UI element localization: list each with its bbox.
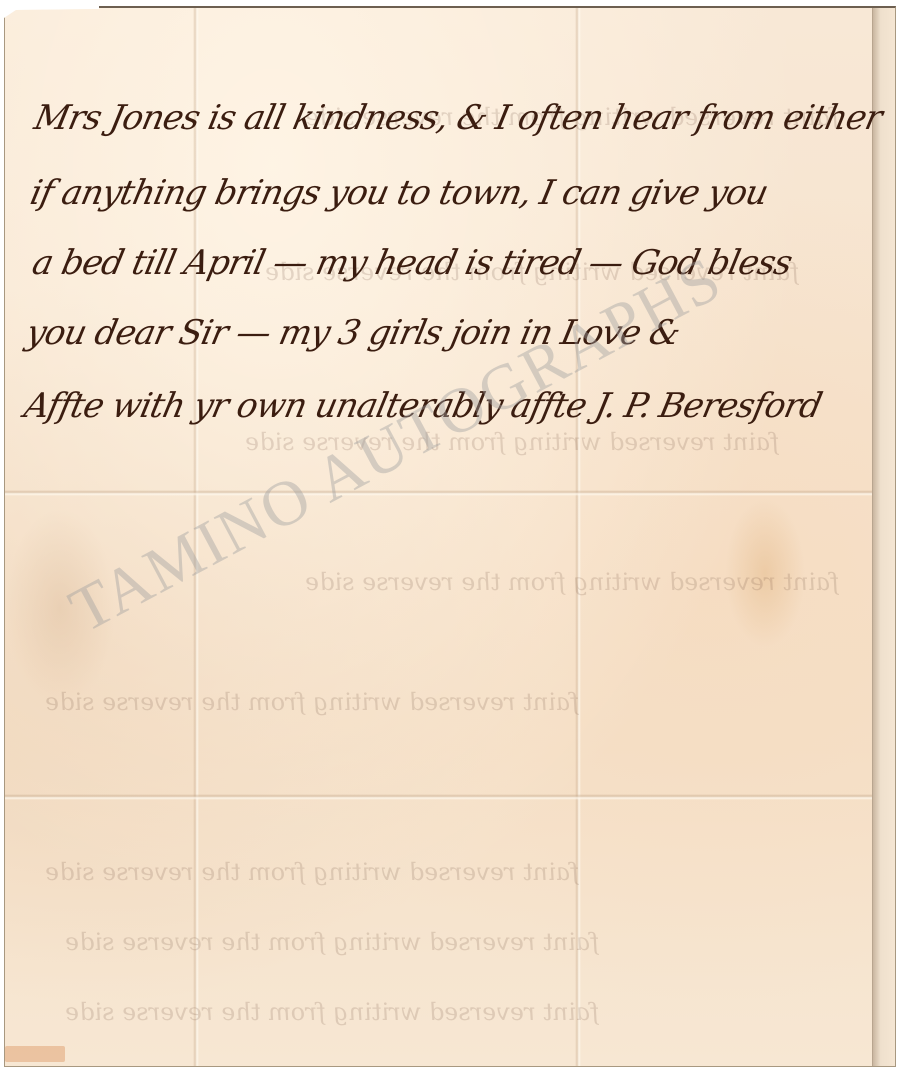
handwritten-line: you dear Sir — my 3 girls join in Love & bbox=[23, 313, 900, 353]
stain bbox=[5, 1046, 65, 1062]
bleed-through-text: faint reversed writing from the reverse … bbox=[303, 568, 841, 596]
horizontal-fold bbox=[5, 794, 895, 800]
bleed-through-text: faint reversed writing from the reverse … bbox=[63, 928, 601, 956]
bleed-through-text: faint reversed writing from the reverse … bbox=[43, 688, 581, 716]
horizontal-fold bbox=[5, 490, 895, 496]
handwritten-line: a bed till April — my head is tired — Go… bbox=[29, 243, 900, 283]
handwritten-line: Mrs Jones is all kindness, & I often hea… bbox=[31, 98, 900, 138]
handwritten-line: if anything brings you to town, I can gi… bbox=[27, 173, 900, 213]
page-edge bbox=[872, 8, 895, 1066]
vertical-fold bbox=[575, 8, 581, 1066]
bleed-through-text: faint reversed writing from the reverse … bbox=[43, 858, 581, 886]
bleed-through-text: faint reversed writing from the reverse … bbox=[63, 998, 601, 1026]
letter-page: faint reversed writing from the reverse … bbox=[4, 6, 896, 1067]
